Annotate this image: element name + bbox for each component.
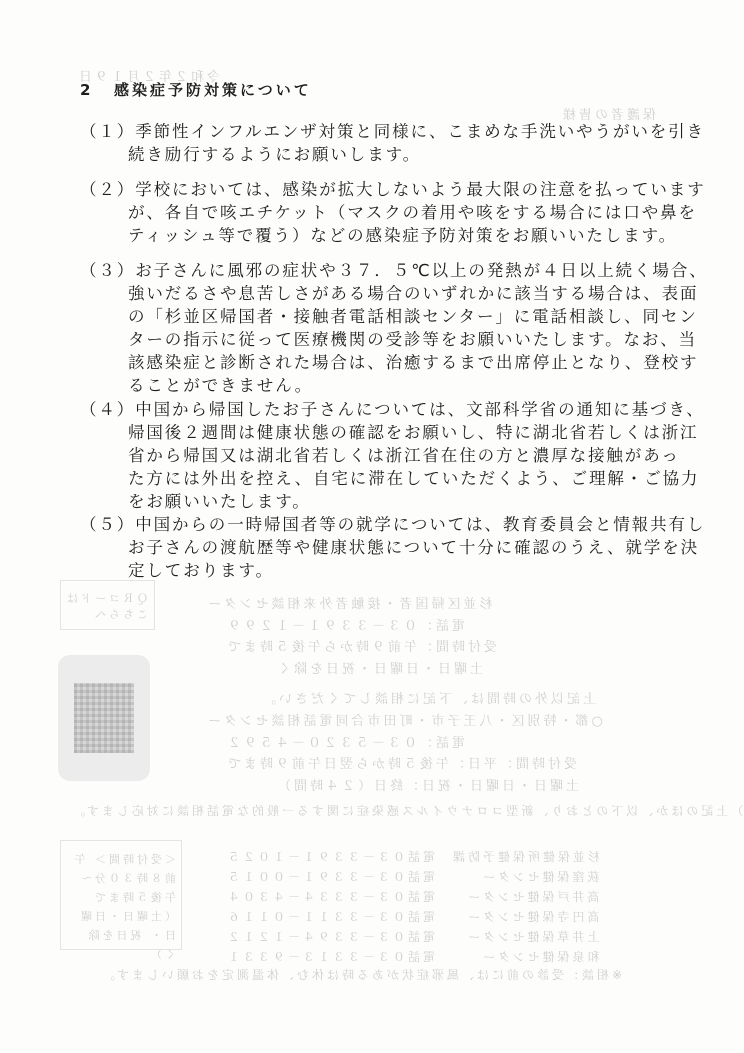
ghost-hours-text: ＜受付時間＞ 午前８時３０分～ 午後５時まで （土曜日・日曜日・ 祝日を除く） bbox=[64, 850, 176, 964]
section-title: 感染症予防対策について bbox=[114, 81, 312, 99]
qr-pattern bbox=[74, 683, 134, 753]
item-line: 該感染症と診断された場合は、治癒するまで出席停止となり、登校す bbox=[80, 351, 680, 374]
ghost-note: 上記以外の時間は、下記に相談してください。 bbox=[260, 688, 596, 707]
section-heading: 2感染症予防対策について bbox=[80, 79, 312, 100]
ghost-qr-label: ＱＲコードはこちらへ bbox=[64, 590, 148, 622]
item-4: （４）中国から帰国したお子さんについては、文部科学省の通知に基づき、 帰国後２週… bbox=[80, 398, 680, 513]
item-line: （５）中国からの一時帰国者等の就学については、教育委員会と情報共有し bbox=[80, 513, 680, 536]
ghost-phone-row: 和泉保健センター 電話０３－３３１３－９３３１ bbox=[225, 948, 600, 965]
ghost-footer-note: ※相談：受診の前には、風邪症状がある時は休む、体温測定をお願いします。 bbox=[100, 966, 622, 983]
item-2: （２）学校においては、感染が拡大しないよう最大限の注意を払っています が、各自で… bbox=[80, 178, 680, 247]
ghost-qr-code bbox=[58, 655, 150, 781]
item-line: ることができません。 bbox=[80, 374, 680, 397]
item-line: た方には外出を控え、自宅に滞在していただくよう、ご理解・ご協力 bbox=[80, 467, 680, 490]
ghost-phone-row: 荻窪保健センター 電話０３－３３９１－００１５ bbox=[225, 868, 600, 885]
item-5: （５）中国からの一時帰国者等の就学については、教育委員会と情報共有し お子さんの… bbox=[80, 513, 680, 582]
item-line: 定しております。 bbox=[80, 559, 680, 582]
item-3: （３）お子さんに風邪の症状や３７．５℃以上の発熱が４日以上続く場合、 強いだるさ… bbox=[80, 259, 680, 397]
item-line: お子さんの渡航歴等や健康状態について十分に確認のうえ、就学を決 bbox=[80, 536, 680, 559]
ghost-hours-2: 受付時間：平日：午後５時から翌日午前９時まで bbox=[225, 753, 577, 772]
item-line: （３）お子さんに風邪の症状や３７．５℃以上の発熱が４日以上続く場合、 bbox=[80, 259, 680, 282]
item-line: の「杉並区帰国者・接触者電話相談センター」に電話相談し、同セン bbox=[80, 305, 680, 328]
item-line: 省から帰国又は湖北省若しくは浙江省在住の方と濃厚な接触があっ bbox=[80, 444, 680, 467]
item-line: ティッシュ等で覆う）などの感染症予防対策をお願いいたします。 bbox=[80, 224, 680, 247]
item-line: 続き励行するようにお願いします。 bbox=[80, 143, 680, 166]
item-line: （２）学校においては、感染が拡大しないよう最大限の注意を払っています bbox=[80, 178, 680, 201]
ghost-center-2: ○都・特別区・八王子市・町田市合同電話相談センター bbox=[205, 710, 603, 729]
item-line: が、各自で咳エチケット（マスクの着用や咳をする場合には口や鼻を bbox=[80, 201, 680, 224]
ghost-phone-2: 電話：０３－５３２０－４５９２ bbox=[225, 732, 465, 751]
item-line: （１）季節性インフルエンザ対策と同様に、こまめな手洗いやうがいを引き bbox=[80, 120, 680, 143]
ghost-phone-row: 高円寺保健センター 電話０３－３３１１－０１１６ bbox=[225, 908, 600, 925]
item-line: 帰国後２週間は健康状態の確認をお願いし、特に湖北省若しくは浙江 bbox=[80, 421, 680, 444]
section-number: 2 bbox=[80, 81, 114, 99]
ghost-days-1: 土曜日・日曜日・祝日を除く bbox=[275, 658, 483, 677]
ghost-hours-1: 受付時間：午前９時から午後５時まで bbox=[225, 636, 497, 655]
ghost-phone-row: 上井草保健センター 電話０３－３３９４－１２１２ bbox=[225, 928, 600, 945]
item-line: （４）中国から帰国したお子さんについては、文部科学省の通知に基づき、 bbox=[80, 398, 680, 421]
ghost-phone-1: 電話：０３－３３９１－１２９９ bbox=[225, 615, 465, 634]
ghost-phone-row: 杉並保健所保健予防課 電話０３－３３９１－１０２５ bbox=[225, 848, 600, 865]
document-page: 令和２年２月１９日 保護者の皆様 杉並区帰国者・接触者外来相談センター 電話：０… bbox=[0, 0, 744, 1053]
item-line: をお願いいたします。 bbox=[80, 490, 680, 513]
item-1: （１）季節性インフルエンザ対策と同様に、こまめな手洗いやうがいを引き 続き励行す… bbox=[80, 120, 680, 166]
ghost-general-note: （２）上記のほか、以下のとおり、新型コロナウイルス感染症に関する一般的な電話相談… bbox=[70, 802, 744, 819]
item-line: ターの指示に従って医療機関の受診等をお願いいたします。なお、当 bbox=[80, 328, 680, 351]
item-line: 強いだるさや息苦しさがある場合のいずれかに該当する場合は、表面 bbox=[80, 282, 680, 305]
ghost-days-2: 土曜日・日曜日・祝日：終日（２４時間） bbox=[275, 775, 579, 794]
ghost-center-name: 杉並区帰国者・接触者外来相談センター bbox=[205, 593, 492, 612]
ghost-phone-row: 高井戸保健センター 電話０３－３３３４－４３０４ bbox=[225, 888, 600, 905]
